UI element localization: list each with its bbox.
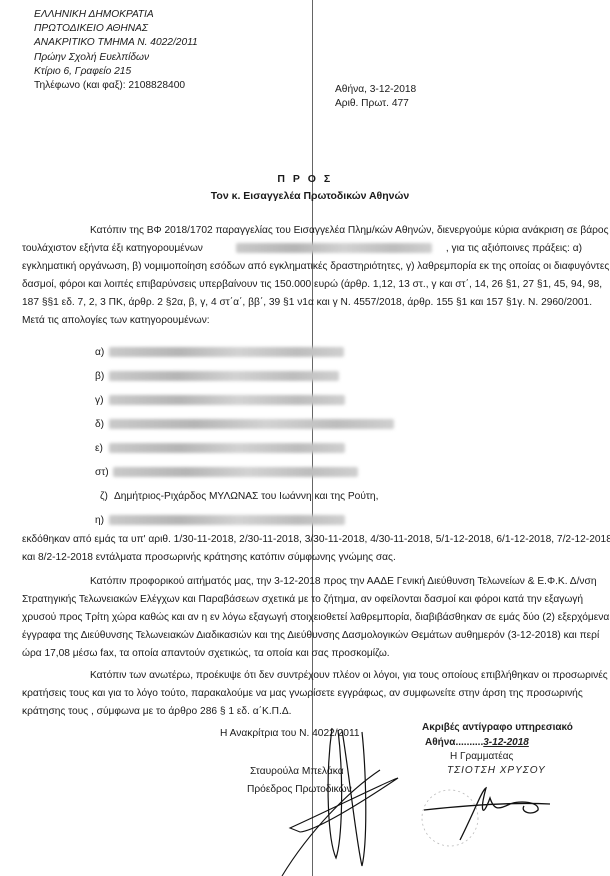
paragraph-line: τουλάχιστον εξήντα έξι κατηγορουμένων , … xyxy=(22,242,582,256)
letterhead-phone: Τηλέφωνο (και φαξ): 2108828400 xyxy=(34,79,198,93)
letterhead-line: Πρώην Σχολή Ευελπίδων xyxy=(34,51,198,65)
signature-scribble xyxy=(270,720,410,876)
letterhead: ΕΛΛΗΝΙΚΗ ΔΗΜΟΚΡΑΤΙΑ ΠΡΩΤΟΔΙΚΕΙΟ ΑΘΗΝΑΣ Α… xyxy=(34,8,198,93)
letterhead-line: ΕΛΛΗΝΙΚΗ ΔΗΜΟΚΡΑΤΙΑ xyxy=(34,8,198,22)
defendant-item: β) xyxy=(95,370,339,384)
text-segment: τουλάχιστον εξήντα έξι κατηγορουμένων xyxy=(22,243,203,254)
redacted-block xyxy=(109,395,345,405)
stamp-signature-scribble xyxy=(420,780,570,850)
paragraph-line: έγγραφα της Διεύθυνσης Τελωνειακών Διαδι… xyxy=(22,629,582,643)
protocol-number: Αριθ. Πρωτ. 477 xyxy=(335,97,416,111)
defendant-item: στ) xyxy=(95,466,358,480)
defendant-item: ε) xyxy=(95,442,345,456)
paragraph-line: δασμοί, φόροι και λοιπές επιβαρύνσεις υπ… xyxy=(22,278,582,292)
redacted-block xyxy=(109,515,345,525)
redacted-block xyxy=(109,371,339,381)
defendant-item: η) xyxy=(95,514,345,528)
letterhead-line: ΠΡΩΤΟΔΙΚΕΙΟ ΑΘΗΝΑΣ xyxy=(34,22,198,36)
defendant-item: γ) xyxy=(95,394,345,408)
defendant-item: δ) xyxy=(95,418,394,432)
paragraph-line: 187 §§1 εδ. 7, 2, 3 ΠΚ, άρθρ. 2 §2α, β, … xyxy=(22,296,582,310)
paragraph-line: κρατήσεις τους και για το λόγο τούτο, πα… xyxy=(22,687,582,701)
paragraph-line: Στρατηγικής Τελωνειακών Ελέγχων και Παρα… xyxy=(22,593,582,607)
redacted-block xyxy=(109,419,394,429)
defendant-name: Δημήτριος-Ριχάρδος ΜΥΛΩΝΑΣ του Ιωάννη κα… xyxy=(114,491,378,502)
paragraph-line: εκδόθηκαν από εμάς τα υπ' αριθ. 1/30-11-… xyxy=(22,533,582,547)
date-block: Αθήνα, 3-12-2018 Αριθ. Πρωτ. 477 xyxy=(335,83,416,111)
paragraph-line: Κατόπιν της ΒΦ 2018/1702 παραγγελίας του… xyxy=(22,224,582,238)
redacted-block xyxy=(109,347,344,357)
paragraph-line: εγκληματική οργάνωση, β) νομιμοποίηση εσ… xyxy=(22,260,582,274)
document-date: Αθήνα, 3-12-2018 xyxy=(335,83,416,97)
stamp-city: Αθήνα..........3-12-2018 xyxy=(425,737,529,748)
stamp-line: Η Γραμματέας xyxy=(450,751,513,762)
stamp-date: 3-12-2018 xyxy=(483,737,529,748)
letterhead-line: Κτίριο 6, Γραφείο 215 xyxy=(34,65,198,79)
paragraph-line: κράτησης τους , σύμφωνα με το άρθρο 286 … xyxy=(22,705,582,719)
stamp-handwritten-name: ΤΣΙΟΤΣΗ ΧΡΥΣΟΥ xyxy=(447,765,546,776)
text-segment: , για τις αξιόποινες πράξεις: α) xyxy=(446,242,582,256)
letterhead-line: ΑΝΑΚΡΙΤΙΚΟ ΤΜΗΜΑ Ν. 4022/2011 xyxy=(34,36,198,50)
paragraph-line: Κατόπιν των ανωτέρω, προέκυψε ότι δεν συ… xyxy=(22,669,582,683)
defendant-item: α) xyxy=(95,346,344,360)
paragraph-line: Μετά τις απολογίες των κατηγορουμένων: xyxy=(22,314,582,328)
recipient-name: Τον κ. Εισαγγελέα Πρωτοδικών Αθηνών xyxy=(0,190,610,202)
defendant-item: ζ)Δημήτριος-Ριχάρδος ΜΥΛΩΝΑΣ του Ιωάννη … xyxy=(100,490,378,504)
redacted-block xyxy=(236,243,432,253)
redacted-block xyxy=(109,443,345,453)
paragraph-line: ώρα 17,08 μέσω fax, τα οποία απαντούν σχ… xyxy=(22,647,582,661)
redacted-block xyxy=(113,467,358,477)
paragraph-line: και 8/2-12-2018 εντάλματα προσωρινής κρά… xyxy=(22,551,582,565)
stamp-line: Ακριβές αντίγραφο υπηρεσιακό xyxy=(422,722,573,733)
paragraph-line: χρυσού προς Τρίτη χώρα καθώς και αν η εν… xyxy=(22,611,582,625)
paragraph-line: Κατόπιν προφορικού αιτήματός μας, την 3-… xyxy=(22,575,582,589)
recipient-heading: Π Ρ Ο Σ xyxy=(0,173,610,185)
